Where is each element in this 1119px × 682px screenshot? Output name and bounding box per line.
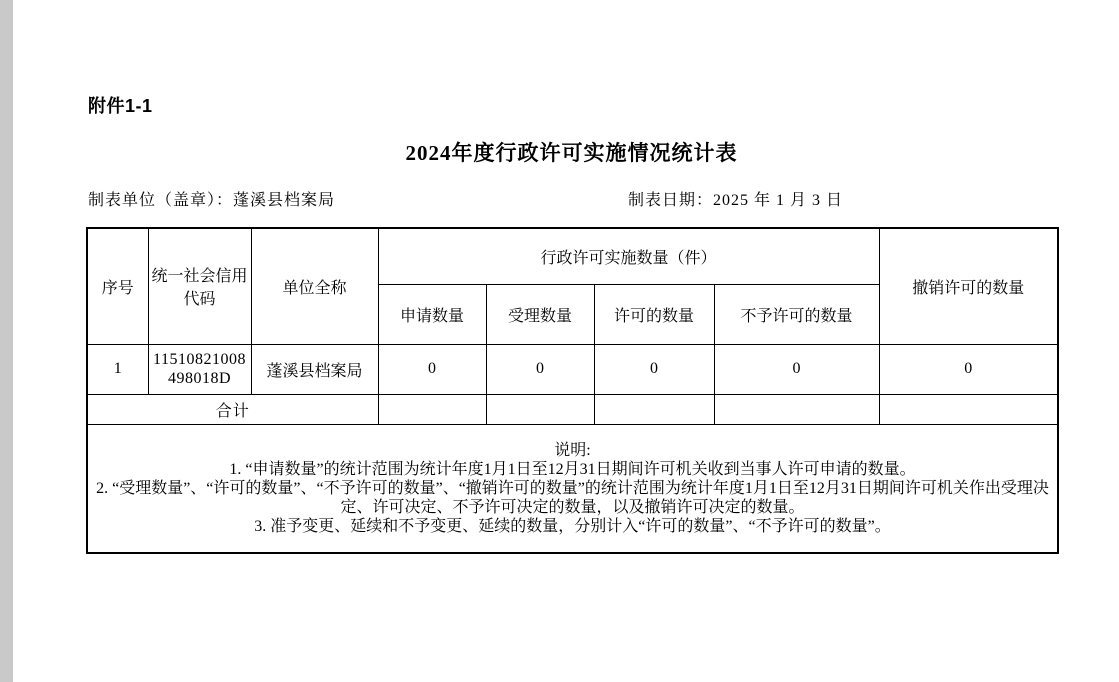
header-unit-name: 单位全称	[251, 228, 378, 344]
total-cell-accepted	[486, 394, 594, 424]
header-revoked: 撤销许可的数量	[879, 228, 1058, 344]
cell-unit-name: 蓬溪县档案局	[251, 344, 378, 394]
cell-accepted: 0	[486, 344, 594, 394]
header-granted: 许可的数量	[594, 284, 714, 344]
page-gutter	[0, 0, 13, 682]
document-page: 附件1-1 2024年度行政许可实施情况统计表 制表单位（盖章）：蓬溪县档案局 …	[0, 0, 1119, 682]
cell-denied: 0	[714, 344, 879, 394]
table-row: 1 11510821008498018D 蓬溪县档案局 0 0 0 0 0	[87, 344, 1058, 394]
notes-cell: 说明: 1. “申请数量”的统计范围为统计年度1月1日至12月31日期间许可机关…	[87, 424, 1058, 553]
header-accepted: 受理数量	[486, 284, 594, 344]
note-item-1: 1. “申请数量”的统计范围为统计年度1月1日至12月31日期间许可机关收到当事…	[91, 460, 1054, 479]
statistics-table: 序号 统一社会信用代码 单位全称 行政许可实施数量（件） 撤销许可的数量 申请数…	[86, 227, 1059, 554]
prepared-date-label: 制表日期：2025 年 1 月 3 日	[628, 187, 843, 210]
attachment-label: 附件1-1	[88, 92, 153, 118]
total-cell-granted	[594, 394, 714, 424]
cell-granted: 0	[594, 344, 714, 394]
header-credit-code: 统一社会信用代码	[148, 228, 251, 344]
header-seq: 序号	[87, 228, 148, 344]
notes-title: 说明:	[91, 441, 1054, 460]
total-cell-applied	[378, 394, 486, 424]
header-denied: 不予许可的数量	[714, 284, 879, 344]
page-title: 2024年度行政许可实施情况统计表	[86, 137, 1057, 167]
prepared-by-label: 制表单位（盖章）：蓬溪县档案局	[88, 187, 335, 210]
total-cell-revoked	[879, 394, 1058, 424]
header-applied: 申请数量	[378, 284, 486, 344]
note-item-2: 2. “受理数量”、“许可的数量”、“不予许可的数量”、“撤销许可的数量”的统计…	[91, 479, 1054, 517]
total-label: 合计	[87, 394, 378, 424]
cell-applied: 0	[378, 344, 486, 394]
notes-row: 说明: 1. “申请数量”的统计范围为统计年度1月1日至12月31日期间许可机关…	[87, 424, 1058, 553]
cell-credit-code: 11510821008498018D	[148, 344, 251, 394]
total-cell-denied	[714, 394, 879, 424]
note-item-3: 3. 准予变更、延续和不予变更、延续的数量，分别计入“许可的数量”、“不予许可的…	[91, 517, 1054, 536]
header-impl-group: 行政许可实施数量（件）	[378, 228, 879, 284]
cell-seq: 1	[87, 344, 148, 394]
header-row-1: 序号 统一社会信用代码 单位全称 行政许可实施数量（件） 撤销许可的数量	[87, 228, 1058, 284]
cell-revoked: 0	[879, 344, 1058, 394]
total-row: 合计	[87, 394, 1058, 424]
table-meta-line: 制表单位（盖章）：蓬溪县档案局 制表日期：2025 年 1 月 3 日	[86, 187, 1057, 209]
